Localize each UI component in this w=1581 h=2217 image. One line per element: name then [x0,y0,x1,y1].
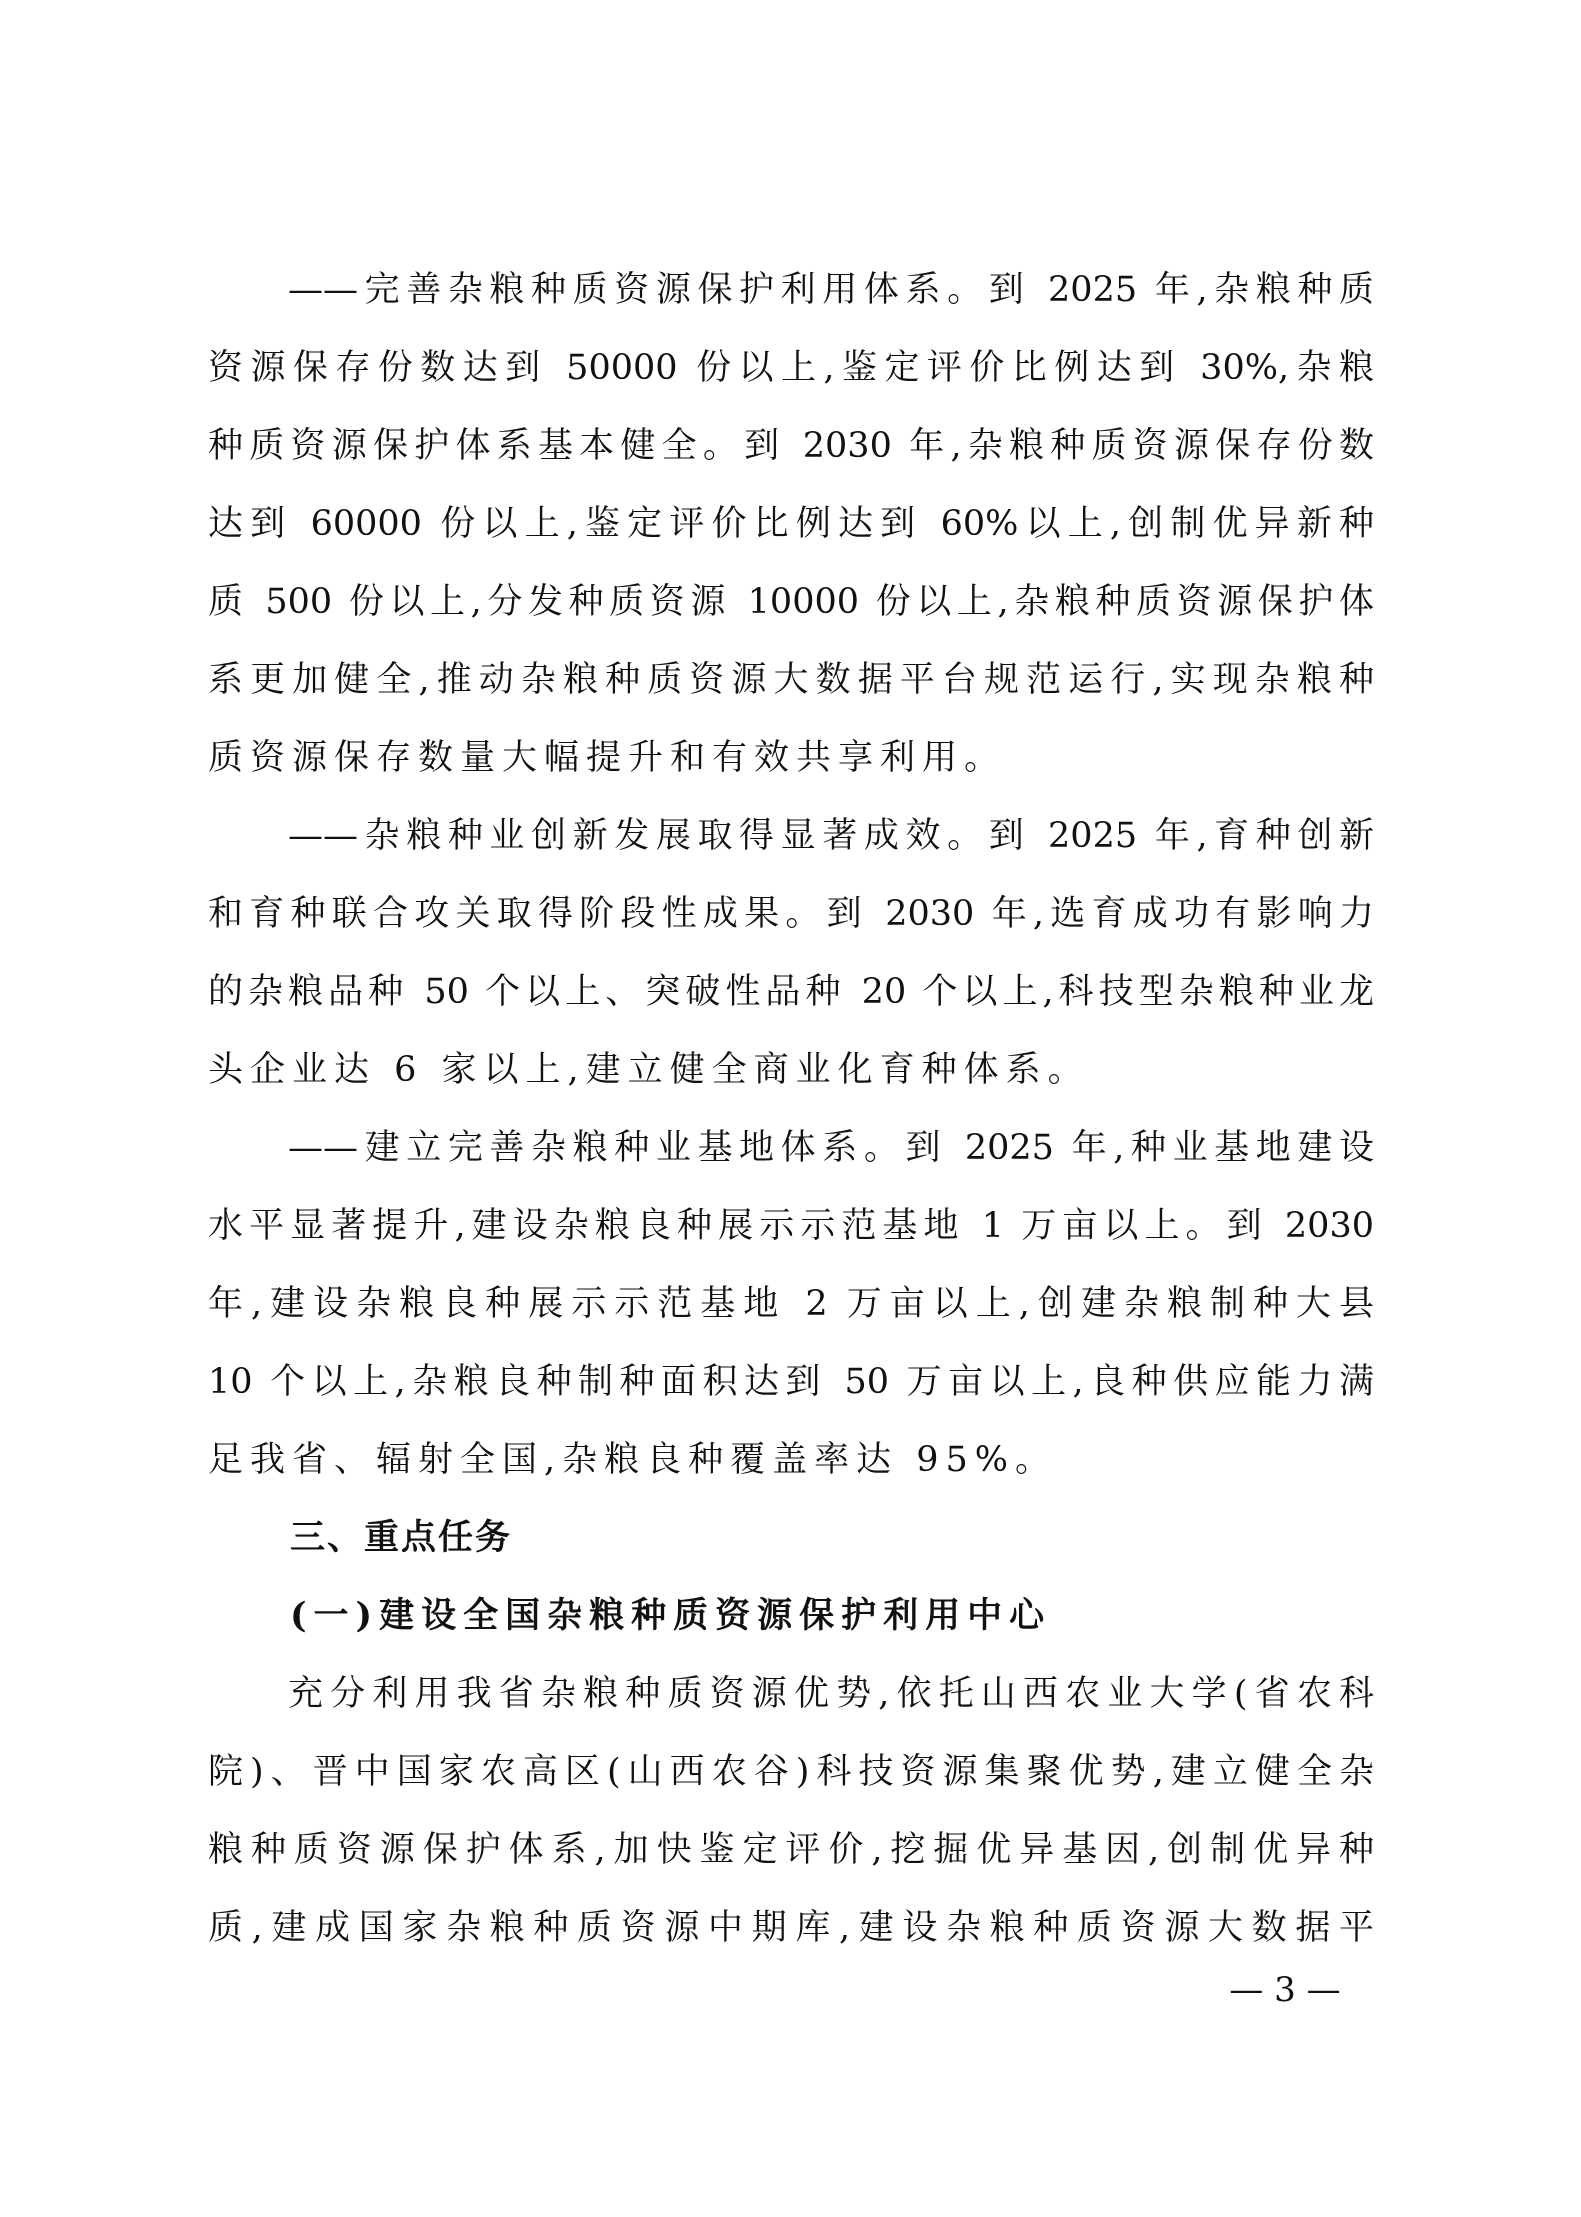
paragraph-3-line-2: 水平显著提升,建设杂粮良种展示示范基地 1 万亩以上。到 2030 [208,1187,1374,1265]
section-heading: 三、重点任务 [290,1499,512,1577]
document-page: ——完善杂粮种质资源保护利用体系。到 2025 年,杂粮种质 资源保存份数达到 … [0,0,1581,2217]
paragraph-2-line-2: 和育种联合攻关取得阶段性成果。到 2030 年,选育成功有影响力 [208,875,1374,953]
paragraph-1-line-4: 达到 60000 份以上,鉴定评价比例达到 60%以上,创制优异新种 [208,485,1374,563]
section-paragraph-line-1: 充分利用我省杂粮种质资源优势,依托山西农业大学(省农科 [288,1655,1374,1733]
paragraph-2-line-4: 头企业达 6 家以上,建立健全商业化育种体系。 [208,1031,1374,1109]
paragraph-2-line-3: 的杂粮品种 50 个以上、突破性品种 20 个以上,科技型杂粮种业龙 [208,953,1374,1031]
paragraph-2-line-1: ——杂粮种业创新发展取得显著成效。到 2025 年,育种创新 [288,797,1374,875]
page-number: — 3 — [1205,1965,1365,2015]
subsection-heading: (一)建设全国杂粮种质资源保护利用中心 [290,1577,1051,1655]
paragraph-3-line-5: 足我省、辐射全国,杂粮良种覆盖率达 95%。 [208,1421,1374,1499]
section-paragraph-line-4: 质,建成国家杂粮种质资源中期库,建设杂粮种质资源大数据平 [208,1889,1374,1967]
paragraph-1-line-5: 质 500 份以上,分发种质资源 10000 份以上,杂粮种质资源保护体 [208,563,1374,641]
paragraph-1-line-3: 种质资源保护体系基本健全。到 2030 年,杂粮种质资源保存份数 [208,407,1374,485]
paragraph-1-line-1: ——完善杂粮种质资源保护利用体系。到 2025 年,杂粮种质 [288,251,1374,329]
paragraph-3-line-1: ——建立完善杂粮种业基地体系。到 2025 年,种业基地建设 [288,1109,1374,1187]
section-paragraph-line-3: 粮种质资源保护体系,加快鉴定评价,挖掘优异基因,创制优异种 [208,1811,1374,1889]
paragraph-1-line-7: 质资源保存数量大幅提升和有效共享利用。 [208,719,1374,797]
paragraph-3-line-3: 年,建设杂粮良种展示示范基地 2 万亩以上,创建杂粮制种大县 [208,1265,1374,1343]
section-paragraph-line-2: 院)、晋中国家农高区(山西农谷)科技资源集聚优势,建立健全杂 [208,1733,1374,1811]
paragraph-1-line-6: 系更加健全,推动杂粮种质资源大数据平台规范运行,实现杂粮种 [208,641,1374,719]
paragraph-3-line-4: 10 个以上,杂粮良种制种面积达到 50 万亩以上,良种供应能力满 [208,1343,1374,1421]
paragraph-1-line-2: 资源保存份数达到 50000 份以上,鉴定评价比例达到 30%,杂粮 [208,329,1374,407]
